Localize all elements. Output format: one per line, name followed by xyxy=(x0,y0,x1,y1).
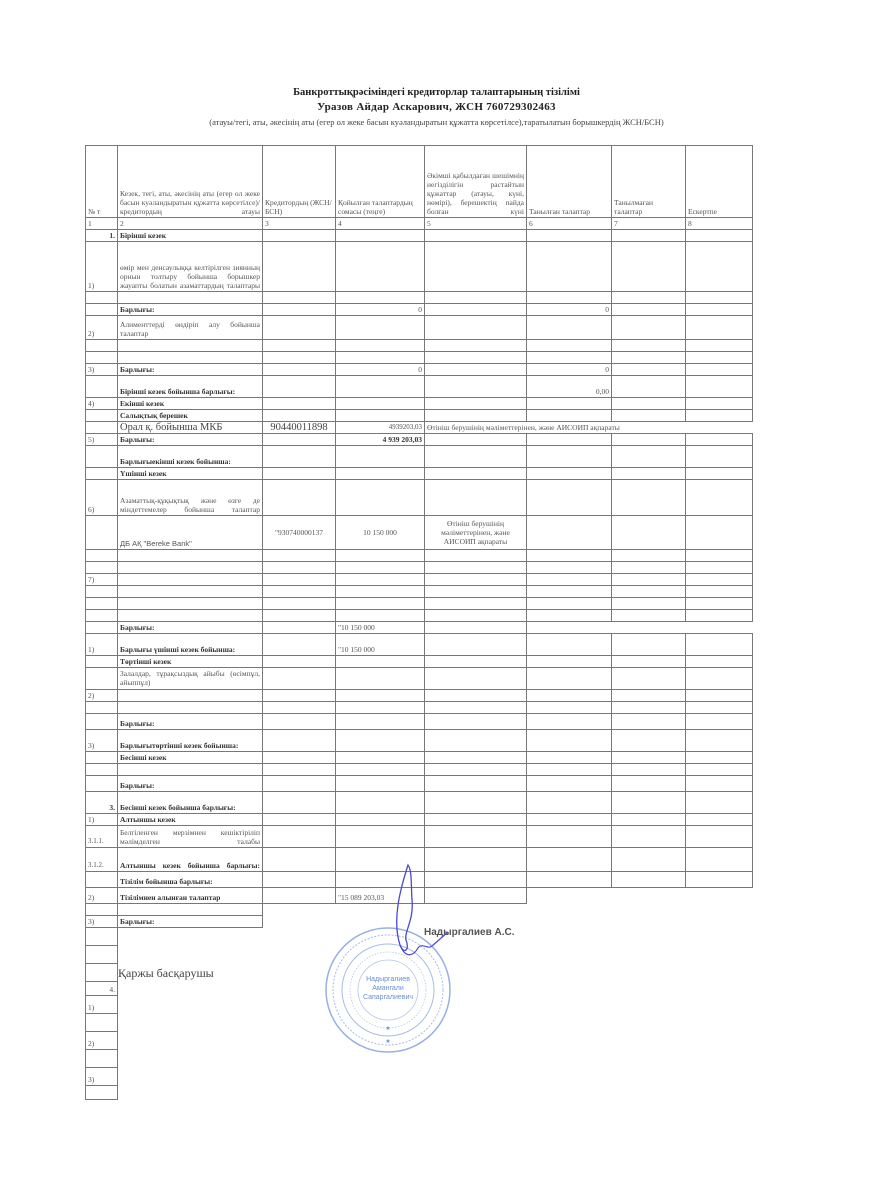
total-label: Барлығы: xyxy=(118,776,263,792)
excluded-label: Тізілімнен алынған талаптар xyxy=(118,888,263,904)
total-sum: 0 xyxy=(336,304,425,316)
claim-docs: Өтініш берушінің мәліметтерінен, және АИ… xyxy=(425,516,527,550)
section-label: Үшінші кезек xyxy=(118,468,263,480)
row-no: 7) xyxy=(86,574,118,586)
row-no: 4. xyxy=(86,982,118,996)
row-no: 1) xyxy=(86,814,118,826)
svg-text:★: ★ xyxy=(385,1025,390,1032)
col-header-recognized: Танылған талаптар xyxy=(527,146,612,218)
total-label: Барлығы: xyxy=(118,916,263,928)
row-no: 3) xyxy=(86,916,118,928)
col-header-creditor: Кезек, тегі, аты, әкесінің аты (егер ол … xyxy=(118,146,263,218)
table-row xyxy=(86,598,753,610)
table-row: Барлығы: 0 0 xyxy=(86,304,753,316)
col-header-unrecognized: Танылмаған талаптар xyxy=(612,146,686,218)
header-row: № т Кезек, тегі, аты, әкесінің аты (егер… xyxy=(86,146,753,218)
col-num: 2 xyxy=(118,218,263,230)
table-row xyxy=(86,292,753,304)
col-header-note: Ескертпе xyxy=(686,146,753,218)
col-header-docs: Әкімші қабылдаған шешімнің негізділігін … xyxy=(425,146,527,218)
section-label: Төртінші кезек xyxy=(118,656,263,668)
section-label: Бірінші кезек xyxy=(118,230,263,242)
signature-icon xyxy=(370,860,450,970)
table-row: Барлығы: xyxy=(86,714,753,730)
claim-docs: Өтініш берушінің мәліметтерінен, және АИ… xyxy=(425,422,753,434)
row-no: 3) xyxy=(86,364,118,376)
financial-manager-title: Қаржы басқарушы xyxy=(118,966,214,981)
row-no: 2) xyxy=(86,690,118,702)
table-row xyxy=(86,562,753,574)
col-num: 7 xyxy=(612,218,686,230)
row-no: 3. xyxy=(86,792,118,814)
section-label: Алтыншы кезек xyxy=(118,814,263,826)
section-label: Бесінші кезек xyxy=(118,752,263,764)
col-num: 8 xyxy=(686,218,753,230)
table-row: 5) Барлығы: 4 939 203,03 xyxy=(86,434,753,446)
table-row: Үшінші кезек xyxy=(86,468,753,480)
creditor-name: Орал қ. бойынша МКБ xyxy=(118,422,263,434)
row-no: 1) xyxy=(86,996,118,1014)
table-row xyxy=(86,352,753,364)
row-no: 1) xyxy=(86,242,118,292)
col-header-bin: Кредитордың (ЖСН/БСН) xyxy=(263,146,336,218)
table-row: 1) өмір мен денсаулыққа келтірілген зиян… xyxy=(86,242,753,292)
total-label: Барлығы: xyxy=(118,304,263,316)
table-row: Залалдар, тұрақсыздық айыбы (өсімпұл, ай… xyxy=(86,668,753,690)
creditor-name: ДБ АҚ "Bereke Bank" xyxy=(118,516,263,550)
table-row: 7) xyxy=(86,574,753,586)
col-num: 3 xyxy=(263,218,336,230)
table-row: 3.1.1. Белгіленген мерзімнен кешіктірілі… xyxy=(86,826,753,848)
table-row: 2) xyxy=(86,690,753,702)
section-total-label: Бірінші кезек бойынша барлығы: xyxy=(118,376,263,398)
row-no: 2) xyxy=(86,1032,118,1050)
table-row: Бесінші кезек xyxy=(86,752,753,764)
table-row xyxy=(86,550,753,562)
claim-sum: 4939203,03 xyxy=(336,422,425,434)
table-row: 3) Барлығы: 0 0 xyxy=(86,364,753,376)
table-row: Төртінші кезек xyxy=(86,656,753,668)
section-total-recognized: 0,00 xyxy=(527,376,612,398)
col-num: 5 xyxy=(425,218,527,230)
total-sum: 4 939 203,03 xyxy=(336,434,425,446)
total-recognized: 0 xyxy=(527,364,612,376)
table-row: 1) Алтыншы кезек xyxy=(86,814,753,826)
row-label: Белгіленген мерзімнен кешіктіріліп мәлім… xyxy=(118,826,263,848)
col-num: 4 xyxy=(336,218,425,230)
creditor-bin: 90440011898 xyxy=(263,422,336,434)
section-total-label: Бесінші кезек бойынша барлығы: xyxy=(118,792,263,814)
section-total-label: Барлығы үшінші кезек бойынша: xyxy=(118,634,263,656)
row-no: 6) xyxy=(86,480,118,516)
section-label: Екінші кезек xyxy=(118,398,263,410)
table-row: 3) Барлығытөртінші кезек бойынша: xyxy=(86,730,753,752)
document-title: Банкроттықрәсіміндегі кредиторлар талапт… xyxy=(0,87,873,98)
table-row: Салықтық берешек xyxy=(86,410,753,422)
row-no: 3.1.1. xyxy=(86,826,118,848)
table-row: Бірінші кезек бойынша барлығы: 0,00 xyxy=(86,376,753,398)
svg-text:★: ★ xyxy=(385,1038,390,1045)
creditor-bin: "930740000137 xyxy=(263,516,336,550)
row-no: 3) xyxy=(86,1068,118,1086)
table-row: 1. Бірінші кезек xyxy=(86,230,753,242)
document-subtitle: (атауы/тегі, аты, әкесінің аты (егер ол … xyxy=(0,117,873,127)
stamp-line: Амангали xyxy=(323,984,453,993)
table-row: Орал қ. бойынша МКБ 90440011898 4939203,… xyxy=(86,422,753,434)
table-row xyxy=(86,702,753,714)
row-no: 3) xyxy=(86,730,118,752)
table-row: 4) Екінші кезек xyxy=(86,398,753,410)
table-row: 6) Азаматтық-құқықтық және өзге де мінде… xyxy=(86,480,753,516)
row-label: Азаматтық-құқықтық және өзге де міндетте… xyxy=(118,480,263,516)
col-header-sum: Қойылған талаптардың сомасы (теңге) xyxy=(336,146,425,218)
row-no: 3.1.2. xyxy=(86,848,118,872)
column-number-row: 1 2 3 4 5 6 7 8 xyxy=(86,218,753,230)
row-no: 1. xyxy=(86,230,118,242)
debtor-name: Уразов Айдар Аскарович, ЖСН 760729302463 xyxy=(0,101,873,113)
row-label: Салықтық берешек xyxy=(118,410,263,422)
row-no: 2) xyxy=(86,316,118,340)
section-total-label: Барлығыекінші кезек бойынша: xyxy=(118,446,263,468)
row-label: Алименттерді өндіріп алу бойынша талапта… xyxy=(118,316,263,340)
claim-sum: 10 150 000 xyxy=(336,516,425,550)
total-label: Барлығы: xyxy=(118,434,263,446)
total-label: Барлығы: xyxy=(118,364,263,376)
table-row: 3. Бесінші кезек бойынша барлығы: xyxy=(86,792,753,814)
total-sum: 0 xyxy=(336,364,425,376)
table-row: 2) Алименттерді өндіріп алу бойынша тала… xyxy=(86,316,753,340)
table-row xyxy=(86,610,753,622)
total-label: Барлығы: xyxy=(118,622,263,634)
stamp-line: Надыргалиев xyxy=(323,975,453,984)
stamp-line: Сапаргалиевич xyxy=(323,993,453,1002)
row-no: 5) xyxy=(86,434,118,446)
table-row xyxy=(86,586,753,598)
table-row: Барлығы: "10 150 000 xyxy=(86,622,753,634)
col-header-no: № т xyxy=(86,146,118,218)
table-row: Барлығы: xyxy=(86,776,753,792)
table-row: Барлығыекінші кезек бойынша: xyxy=(86,446,753,468)
row-no: 1) xyxy=(86,634,118,656)
section-total-label: Барлығытөртінші кезек бойынша: xyxy=(118,730,263,752)
row-label: өмір мен денсаулыққа келтірілген зиянның… xyxy=(118,242,263,292)
col-num: 6 xyxy=(527,218,612,230)
col-num: 1 xyxy=(86,218,118,230)
table-row: ДБ АҚ "Bereke Bank" "930740000137 10 150… xyxy=(86,516,753,550)
total-label: Барлығы: xyxy=(118,714,263,730)
row-no: 4) xyxy=(86,398,118,410)
table-row xyxy=(86,340,753,352)
total-sum: "10 150 000 xyxy=(336,622,425,634)
row-no: 2) xyxy=(86,888,118,904)
row-label: Залалдар, тұрақсыздық айыбы (өсімпұл, ай… xyxy=(118,668,263,690)
table-row xyxy=(86,764,753,776)
section-total-label: Алтыншы кезек бойынша барлығы: xyxy=(118,848,263,872)
total-recognized: 0 xyxy=(527,304,612,316)
table-row: 1) Барлығы үшінші кезек бойынша: "10 150… xyxy=(86,634,753,656)
register-total-label: Тізілім бойынша барлығы: xyxy=(118,872,263,888)
section-total-sum: "10 150 000 xyxy=(336,634,425,656)
stamp-text: Надыргалиев Амангали Сапаргалиевич xyxy=(323,975,453,1002)
